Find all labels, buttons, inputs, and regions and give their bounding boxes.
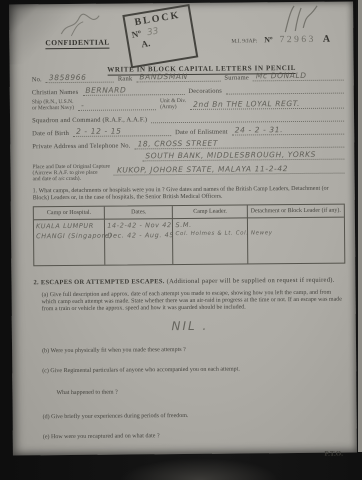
table-row: S.M. <box>175 220 244 229</box>
col-camp-or-hospital: Camp or Hospital. <box>34 207 105 220</box>
question-2e-text: (e) How were you recaptured and on what … <box>43 432 347 442</box>
ref-suffix: A <box>323 34 330 45</box>
reference-number-line: M.I. 9/JAP: Nº 72963 A <box>231 34 330 46</box>
enlistment-field: 24 - 2 - 31. <box>232 125 344 136</box>
question-2a-answer: NIL . <box>34 316 346 337</box>
table-row: KUALA LUMPUR <box>36 221 102 230</box>
christian-names-label: Christian Names <box>32 89 79 96</box>
page-edge <box>356 0 362 452</box>
col-dates: Dates. <box>105 206 173 219</box>
squadron-field <box>151 112 344 124</box>
ref-prefix: M.I. 9/JAP: <box>231 38 257 44</box>
table-row: Dec. 42 - Aug. 45 <box>107 231 170 240</box>
question-2d-text: (d) Give briefly your experiences during… <box>43 412 347 422</box>
rank-label: Rank <box>118 75 133 82</box>
cell-leaders: S.M. Col. Holmes & Lt. Col. Newey <box>173 218 248 264</box>
row-squadron: Squadron and Command (R.A.F., A.A.F.) <box>32 112 344 125</box>
unit-label: Unit & Div. (Army) <box>160 98 186 110</box>
surname-field: Mc DONALD <box>253 71 344 82</box>
table-row: Col. Holmes & Lt. Col. Newey <box>176 230 245 237</box>
address-label: Private Address and Telephone No. <box>32 142 130 150</box>
table-row: CHANGI (Singapore) <box>36 231 102 240</box>
pencil-scribble-icon <box>277 4 319 34</box>
ship-label: Ship (R.N., U.S.N. or Merchant Navy) <box>32 99 74 111</box>
desk-shadow <box>120 458 280 480</box>
date-of-birth-field: 2 - 12 - 15 <box>73 126 171 137</box>
row-number-rank-surname: No. 3858966 Rank BANDSMAN Surname Mc DON… <box>32 71 344 84</box>
date-of-birth-label: Date of Birth <box>32 130 69 137</box>
row-capture: Place and Date of Original Capture (Airc… <box>32 162 344 183</box>
capture-field: KUKOP, JOHORE STATE, MALAYA 11-2-42 <box>114 164 345 176</box>
question-1-text: 1. What camps, detachments or hospitals … <box>33 186 345 203</box>
ref-no-label: Nº <box>264 35 273 44</box>
col-camp-leader: Camp Leader. <box>173 205 247 218</box>
question-2-heading: 2. ESCAPES OR ATTEMPTED ESCAPES. (Additi… <box>33 277 345 287</box>
col-detachment-leader: Detachment or Block Leader (if any). <box>248 205 344 218</box>
scanned-form-page: CONFIDENTIAL BLOCK Nº 33 A. M.I. 9/JAP: … <box>9 2 357 456</box>
question-2c2-text: What happened to them ? <box>56 388 346 398</box>
ref-number-stamped: 72963 <box>280 35 316 45</box>
ship-field: - <box>78 100 156 111</box>
cell-detachment <box>248 217 344 263</box>
decorations-field <box>226 84 344 95</box>
table-row <box>250 221 342 222</box>
camps-table: Camp or Hospital. Dates. Camp Leader. De… <box>33 204 346 267</box>
classification-banner: CONFIDENTIAL <box>45 38 109 50</box>
row-christian-decorations: Christian Names BERNARD Decorations <box>32 84 344 97</box>
row-address-2: SOUTH BANK, MIDDLESBROUGH, YORKS <box>32 150 344 163</box>
row-birth-enlistment: Date of Birth 2 - 12 - 15 Date of Enlist… <box>32 125 344 138</box>
no-field: 3858966 <box>46 73 114 84</box>
squadron-label: Squadron and Command (R.A.F., A.A.F.) <box>32 116 147 124</box>
cell-camps: KUALA LUMPUR CHANGI (Singapore) <box>34 219 106 265</box>
rank-field: BANDSMAN <box>136 72 220 83</box>
table-row: 14-2-42 - Nov 42 <box>107 221 170 230</box>
christian-names-field: BERNARD <box>82 85 184 96</box>
pencil-marks-icon <box>57 12 101 38</box>
unit-field: 2nd Bn THE LOYAL REGT. <box>190 99 344 110</box>
no-label: No. <box>32 76 42 83</box>
question-2c-text: (c) Give Regimental particulars of anyon… <box>42 366 346 376</box>
address-field-line2: SOUTH BANK, MIDDLESBROUGH, YORKS <box>142 150 344 162</box>
question-2a-text: (a) Give full description and approx. da… <box>42 290 346 314</box>
capture-label: Place and Date of Original Capture (Airc… <box>32 164 110 183</box>
row-address: Private Address and Telephone No. 18, CR… <box>32 138 344 151</box>
enlistment-label: Date of Enlistment <box>175 129 228 136</box>
camps-table-body: KUALA LUMPUR CHANGI (Singapore) 14-2-42 … <box>34 217 344 265</box>
address-field-line1: 18, CROSS STREET <box>135 138 345 150</box>
row-ship-unit: Ship (R.N., U.S.N. or Merchant Navy) - U… <box>32 97 344 112</box>
form-body: No. 3858966 Rank BANDSMAN Surname Mc DON… <box>32 68 347 461</box>
stamp-no-label: Nº <box>131 28 142 39</box>
question-2b-text: (b) Were you physically fit when you mad… <box>42 346 346 356</box>
table-row <box>250 219 342 220</box>
pto-note: P.T.O. <box>35 450 347 461</box>
stamp-block-number: 33 <box>146 27 159 39</box>
cell-dates: 14-2-42 - Nov 42 Dec. 42 - Aug. 45 <box>105 219 174 265</box>
surname-label: Surname <box>224 74 249 81</box>
decorations-label: Decorations <box>188 88 222 95</box>
